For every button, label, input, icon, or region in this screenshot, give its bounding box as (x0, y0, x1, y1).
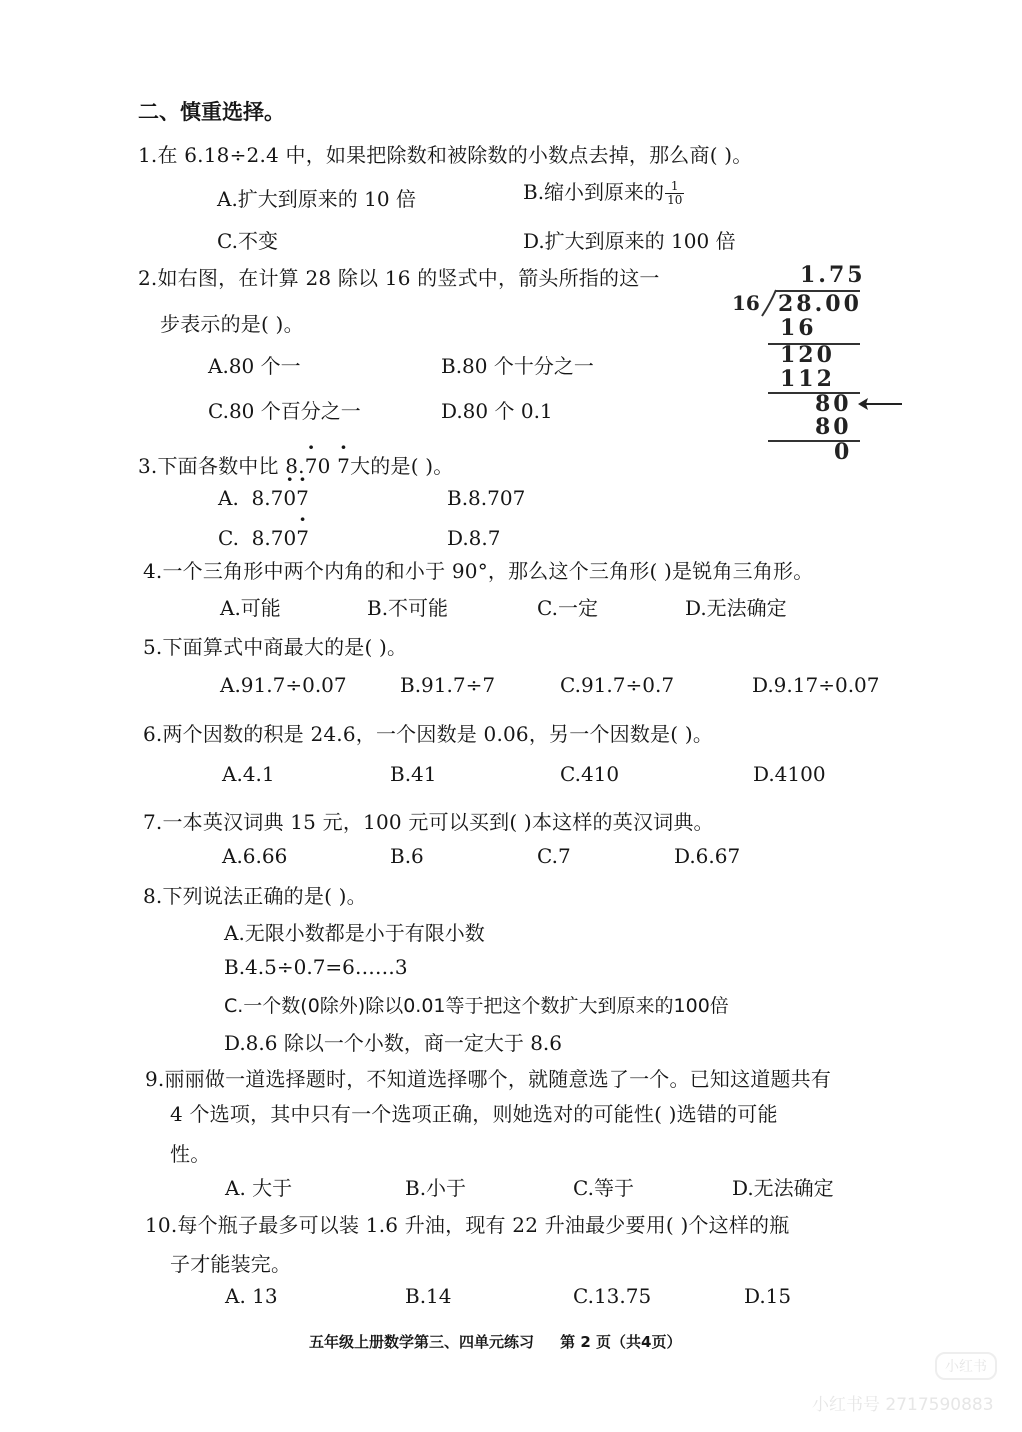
repeating-digit: 7 (296, 526, 309, 550)
option-b: B.不可能 (367, 592, 448, 621)
option-b: B.41 (390, 762, 437, 786)
digit: 7 (271, 486, 284, 510)
option-label: C. (218, 526, 239, 550)
option-c: C.91.7÷0.7 (560, 673, 674, 697)
question-stem-line1: 2.如右图，在计算 28 除以 16 的竖式中，箭头所指的这一 (138, 262, 660, 291)
divisor: 16 (732, 291, 760, 315)
option-d: D.无法确定 (732, 1172, 834, 1201)
section-title: 二、慎重选择。 (138, 96, 285, 126)
repeating-digit: 7 (305, 454, 318, 478)
fraction: 110 (665, 180, 684, 207)
option-a: A.4.1 (222, 762, 275, 786)
question-stem-line2: 子才能装完。 (170, 1248, 291, 1277)
option-c: C.7 (537, 844, 571, 868)
question-stem-line1: 10.每个瓶子最多可以装 1.6 升油，现有 22 升油最少要用( )个这样的瓶 (145, 1209, 789, 1238)
page-number: 第 2 页（共4页） (560, 1333, 681, 1351)
step-6: 0 (834, 439, 852, 465)
option-b: B.缩小到原来的110 (523, 176, 684, 207)
option-d: D.15 (744, 1284, 791, 1308)
option-b-text: B.缩小到原来的 (523, 180, 664, 204)
option-a: A.扩大到原来的 10 倍 (217, 183, 416, 212)
option-d: D.8.6 除以一个小数，商一定大于 8.6 (224, 1027, 562, 1056)
option-a: A.6.66 (222, 844, 287, 868)
question-stem-line3: 性。 (170, 1138, 210, 1167)
option-d: D.8.7 (447, 526, 501, 550)
option-c: C.不变 (217, 225, 278, 254)
question-stem: 5.下面算式中商最大的是( )。 (143, 631, 407, 660)
option-b: B.8.707 (447, 486, 525, 510)
watermark-logo: 小红书 (935, 1352, 997, 1380)
question-stem: 3.下面各数中比 8.70 7大的是( )。 (138, 450, 453, 479)
option-d: D.80 个 0.1 (441, 395, 553, 424)
option-d: D.9.17÷0.07 (752, 673, 880, 697)
digit: 8. (252, 526, 271, 550)
division-bracket-icon (760, 288, 778, 318)
footer: 五年级上册数学第三、四单元练习 第 2 页（共4页） (309, 1331, 681, 1352)
footer-title: 五年级上册数学第三、四单元练习 (309, 1333, 534, 1351)
digit: 70 (271, 526, 296, 550)
option-a: A.可能 (220, 592, 281, 621)
option-c: C. 8.707 (218, 526, 309, 550)
option-d: D.扩大到原来的 100 倍 (523, 225, 736, 254)
left-arrow-icon (856, 396, 904, 412)
option-d: D.无法确定 (685, 592, 787, 621)
question-stem: 7.一本英汉词典 15 元，100 元可以买到( )本这样的英汉词典。 (143, 806, 714, 835)
question-stem-line1: 9.丽丽做一道选择题时，不知道选择哪个，就随意选了一个。已知这道题共有 (145, 1063, 831, 1092)
question-stem: 6.两个因数的积是 24.6，一个因数是 0.06，另一个因数是( )。 (143, 718, 713, 747)
stem-text: 大的是( )。 (350, 454, 453, 478)
option-c: C.80 个百分之一 (208, 395, 361, 424)
option-d: D.4100 (753, 762, 826, 786)
option-a: A. 8.707 (218, 486, 309, 510)
quotient: 1.75 (800, 262, 866, 288)
digit: 0 (318, 454, 331, 478)
repeating-digit: 0 (283, 486, 296, 510)
option-c: C.等于 (573, 1172, 634, 1201)
option-b: B.14 (405, 1284, 452, 1308)
option-b: B.4.5÷0.7=6……3 (224, 955, 408, 979)
question-stem: 8.下列说法正确的是( )。 (143, 880, 367, 909)
option-c: C.13.75 (573, 1284, 651, 1308)
stem-text: 3.下面各数中比 8. (138, 454, 305, 478)
watermark-id: 小红书号 2717590883 (812, 1390, 994, 1415)
fraction-denominator: 10 (665, 194, 684, 207)
dividend: 28.00 (778, 291, 862, 317)
digit: 8. (252, 486, 271, 510)
step-1: 16 (780, 315, 817, 341)
option-d: D.6.67 (674, 844, 740, 868)
step-5: 80 (815, 414, 852, 440)
fraction-numerator: 1 (665, 180, 684, 194)
question-stem-line2: 步表示的是( )。 (160, 308, 304, 337)
option-b: B.80 个十分之一 (441, 350, 594, 379)
question-stem: 4.一个三角形中两个内角的和小于 90°，那么这个三角形( )是锐角三角形。 (143, 555, 813, 584)
option-c: C.一个数(0除外)除以0.01等于把这个数扩大到原来的100倍 (224, 991, 729, 1018)
question-stem-line2: 4 个选项，其中只有一个选项正确，则她选对的可能性( )选错的可能 (170, 1098, 778, 1127)
question-stem: 1.在 6.18÷2.4 中，如果把除数和被除数的小数点去掉，那么商( )。 (138, 139, 752, 168)
option-b: B.小于 (405, 1172, 466, 1201)
option-c: C.一定 (537, 592, 598, 621)
option-a: A. 13 (225, 1284, 278, 1308)
long-division-figure: 1.75 16 28.00 16 120 112 80 80 0 (730, 262, 910, 467)
option-a: A.无限小数都是小于有限小数 (224, 917, 485, 946)
option-b: B.6 (390, 844, 424, 868)
repeating-digit: 7 (337, 454, 350, 478)
option-a: A.80 个一 (208, 350, 301, 379)
option-b: B.91.7÷7 (400, 673, 495, 697)
step-3: 112 (780, 366, 835, 392)
step-2: 120 (780, 342, 835, 368)
option-c: C.410 (560, 762, 619, 786)
option-label: A. (218, 486, 239, 510)
option-a: A. 大于 (225, 1172, 292, 1201)
option-a: A.91.7÷0.07 (220, 673, 347, 697)
